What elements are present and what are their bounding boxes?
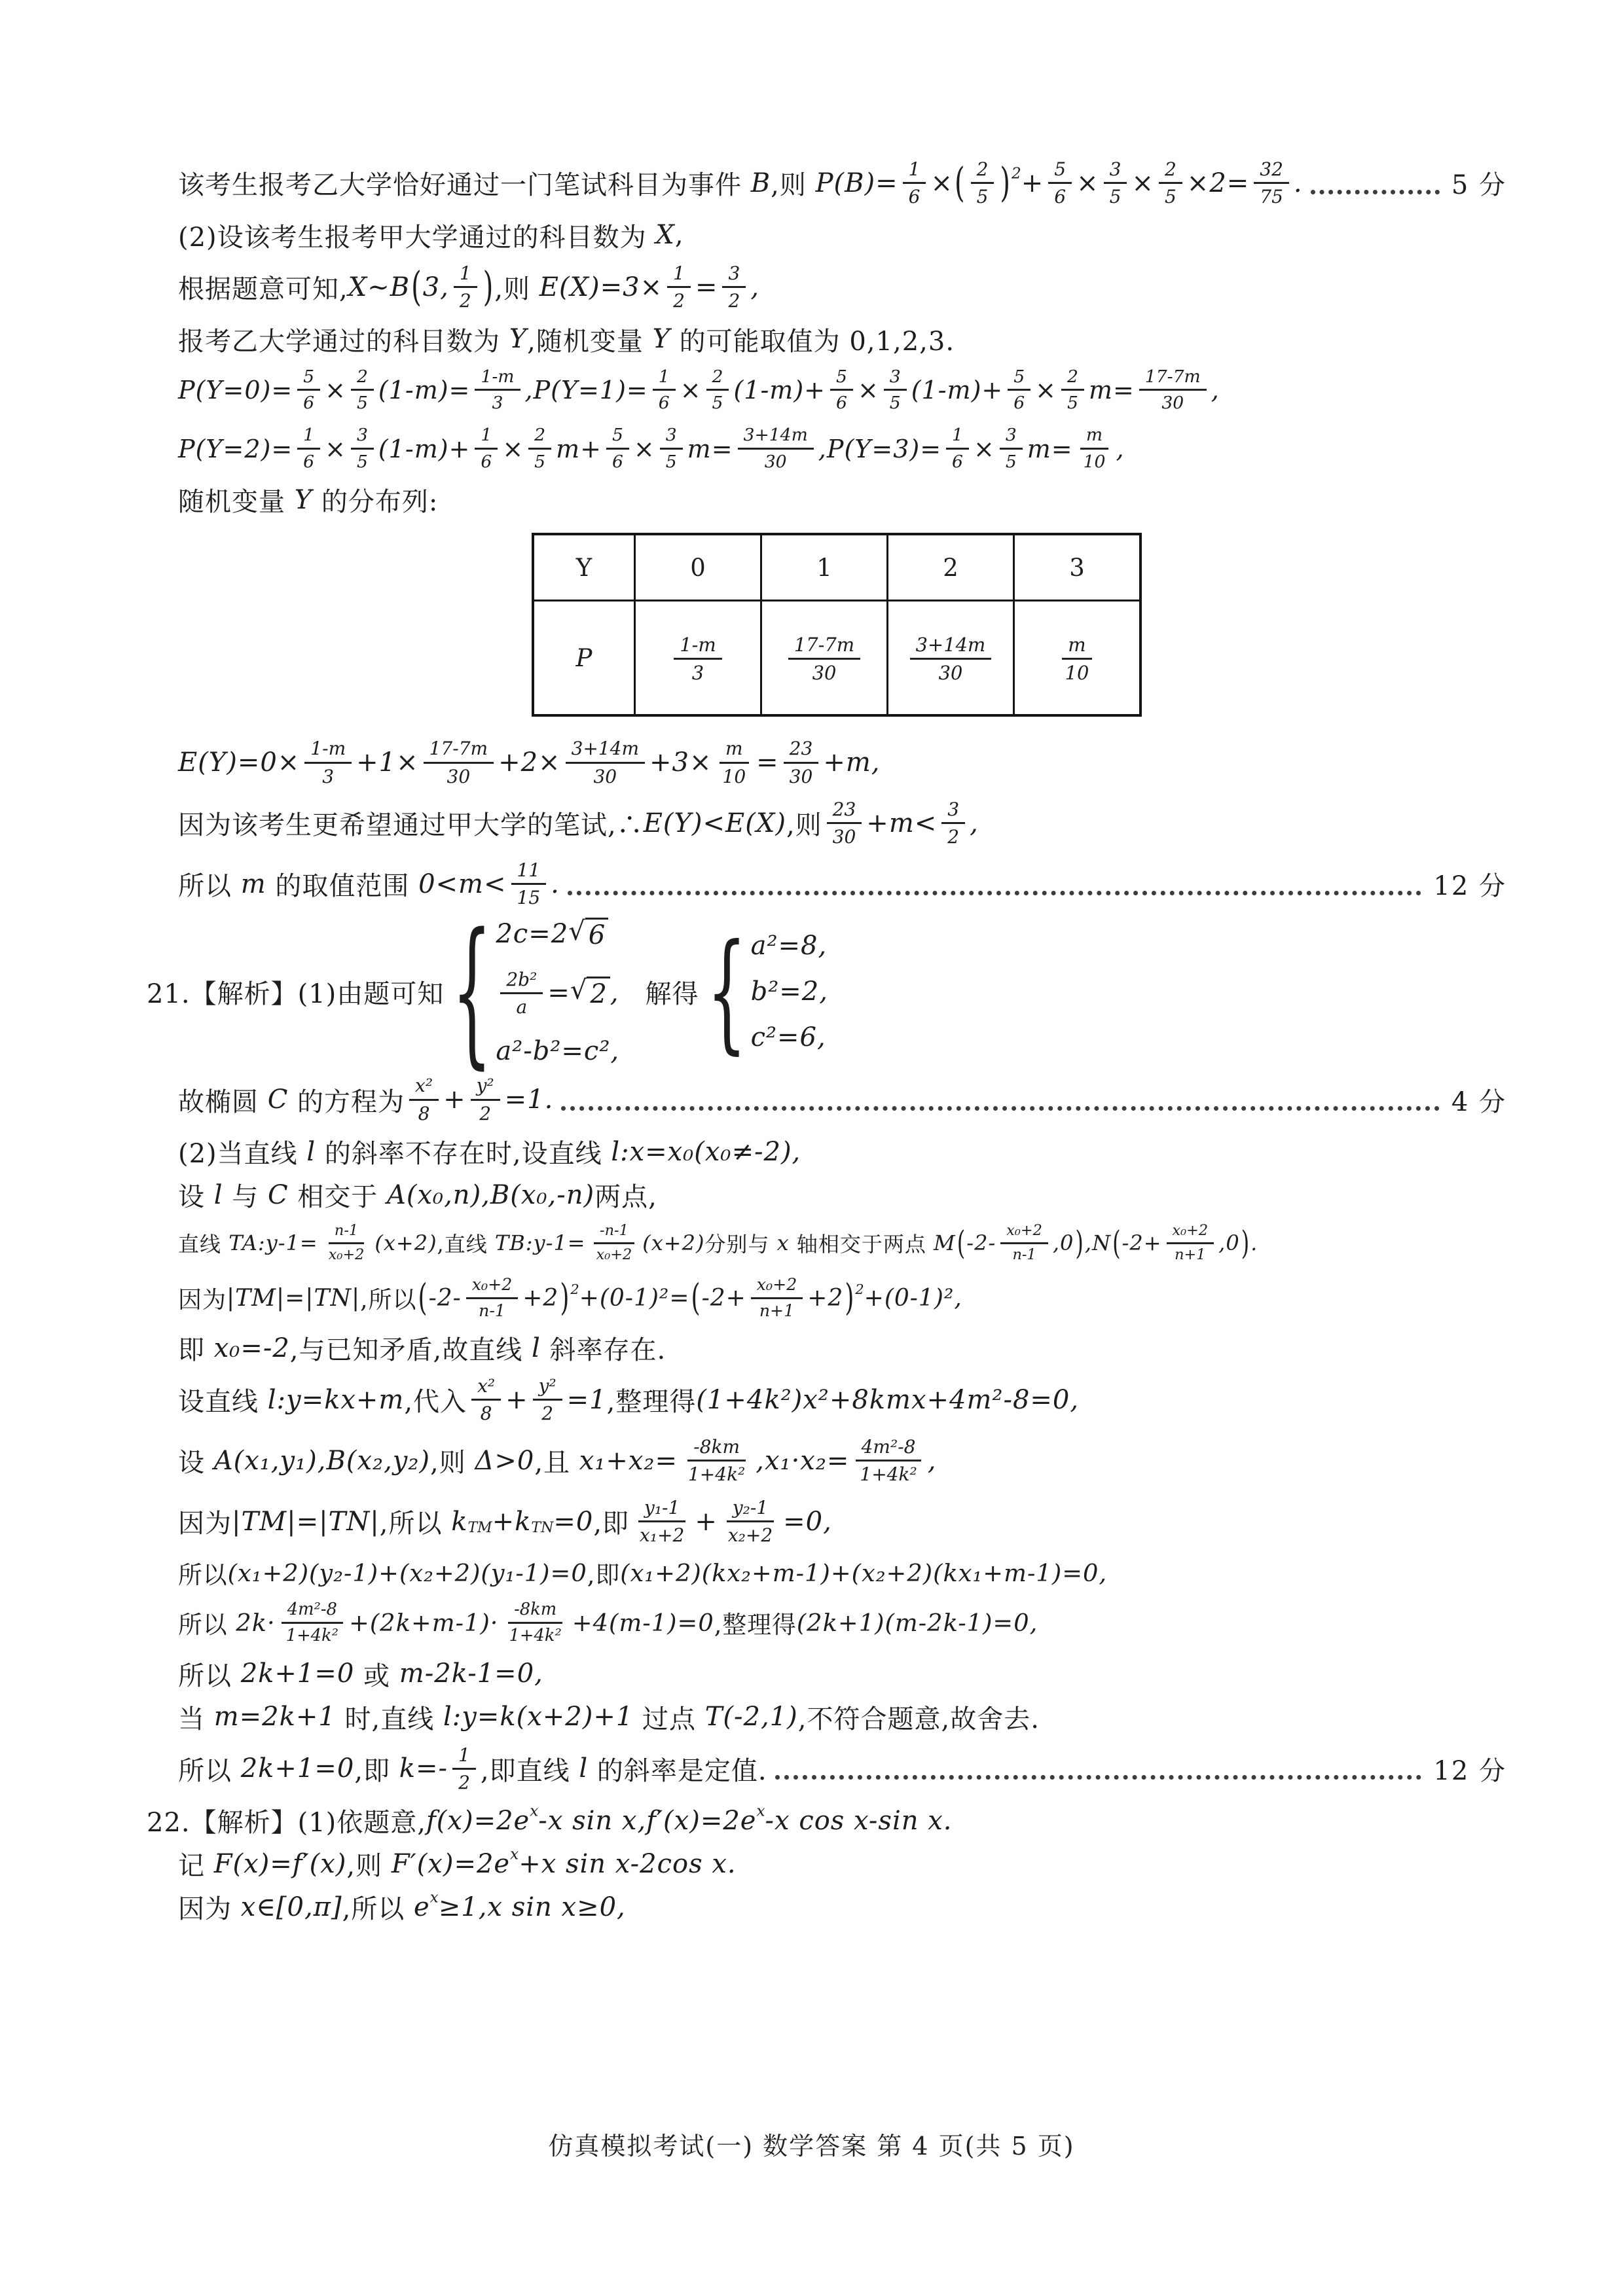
math-run: × [680,376,702,404]
text-run: 设 [178,1442,214,1479]
math-run: l [532,1333,541,1363]
math-run: 2k+1=0 [241,1753,355,1784]
text-run: 两点, [594,1176,657,1213]
fraction: 56 [1048,160,1072,207]
fraction-numerator: n-1 [329,1223,364,1244]
fraction: 25 [351,368,374,413]
fraction: 35 [884,368,907,413]
math-run: × [858,376,879,404]
fraction: 1115 [511,861,547,908]
math-run: +m< [866,808,937,838]
fraction-denominator: 1+4k² [854,1462,922,1484]
math-run: 2k+1=0 [241,1659,355,1689]
fraction-denominator: 10 [1059,660,1095,683]
table-cell: m10 [1014,601,1141,716]
fraction: 3+14m30 [910,635,992,683]
superscript: x [430,1889,439,1907]
math-run: Y [509,324,527,354]
math-run: -2+ [1122,1230,1162,1255]
fraction-denominator: 2 [454,288,477,310]
fraction: 3+14m30 [738,426,814,471]
math-run: (2k+1)(m-2k-1)=0, [797,1609,1038,1637]
table-cell: 1 [761,534,888,601]
fraction: 2330 [827,800,862,847]
fraction-denominator: 5 [528,450,551,471]
text-run: 报考乙大学通过的科目数为 [178,321,509,358]
text-run: 的分布列: [312,481,438,518]
fraction-numerator: 3 [884,368,907,391]
text-run: ,即直线 [481,1750,579,1787]
math-run: A(x₁,y₁),B(x₂,y₂) [214,1446,430,1476]
big-paren: ( [955,160,965,206]
text-run: 因为 [178,1503,232,1540]
fraction-numerator: m [720,739,749,763]
math-run: . [1250,1230,1258,1255]
math-run: , [1211,376,1220,404]
math-run: +(0-1)²= [579,1285,690,1312]
big-paren: ( [1112,1224,1120,1263]
fraction: 25 [1159,160,1182,207]
math-line: 记 F(x)=f′(x),则 F′(x)=2ex+x sin x-2cos x. [178,1845,1506,1882]
fraction: 3275 [1254,160,1289,207]
fraction-denominator: 5 [1159,184,1182,206]
dots-leader [568,873,1422,895]
math-run: +(0-1)², [864,1285,962,1312]
radical-sign-icon: √ [568,916,585,946]
big-paren: ) [1241,1224,1249,1263]
text-run: 过点 [633,1698,704,1736]
fraction-numerator: y² [533,1376,562,1401]
fraction: 25 [971,160,994,207]
fraction-numerator: 2 [971,160,994,184]
fraction-numerator: 5 [297,368,320,391]
fraction: x₀+2n+1 [751,1276,803,1319]
fraction-denominator: 5 [1104,184,1127,206]
math-run: 2k· [236,1609,275,1637]
math-line: 报考乙大学通过的科目数为 Y,随机变量 Y 的可能取值为 0,1,2,3. [178,321,1506,358]
text-run: 所以 [178,1556,228,1590]
fraction-numerator: 2b² [500,970,543,994]
distribution-table: Y0123P1-m317-7m303+14m30m10 [532,533,1142,717]
fraction-denominator: 10 [717,764,752,786]
math-run: Δ>0 [475,1446,534,1476]
fraction-denominator: 30 [933,660,969,683]
fraction-numerator: m [1062,635,1091,660]
fraction: 16 [297,426,320,471]
fraction-denominator: 2 [667,288,691,310]
fraction: 35 [1000,426,1023,471]
fraction-numerator: 23 [784,739,819,763]
text-run: 所以 [178,865,241,903]
fraction-denominator: n-1 [473,1299,511,1319]
fraction-numerator: x² [409,1076,439,1100]
math-run: +m, [823,747,880,778]
fraction-numerator: 3+14m [910,635,992,660]
fraction-numerator: 1-m [475,368,520,391]
math-line: 因为 x∈[0,π],所以 ex≥1,x sin x≥0, [178,1888,1506,1926]
fraction-denominator: 30 [441,764,477,786]
math-run: l [306,1137,316,1167]
math-line: E(Y)=0×1-m3+1×17-7m30+2×3+14m30+3×m10=23… [178,735,1506,790]
math-line: 该考生报考乙大学恰好通过一门笔试科目为事件 B,则 P(B)=16×(25)2+… [178,156,1506,211]
text-run: ,所以 [360,1282,416,1315]
fraction: 16 [653,368,676,413]
fraction-numerator: y₁-1 [638,1498,685,1522]
text-run: ,所以 [342,1888,414,1926]
fraction: 1-m3 [475,368,520,413]
math-line: 因为|TM|=|TN|,所以 kTM+kTN=0,即y₁-1x₁+2+y₂-1x… [178,1494,1506,1549]
fraction: 16 [903,160,926,207]
text-run: 故椭圆 [178,1081,268,1119]
math-run: 2c=2 [496,919,568,949]
fraction: 16 [946,426,969,471]
fraction-numerator: 3 [722,264,746,288]
text-run: ,则 [771,164,815,202]
text-run: ,所以 [380,1503,451,1540]
fraction: -8km1+4k² [503,1601,568,1645]
fraction-numerator: 2 [528,426,551,450]
fraction: 56 [606,426,629,471]
text-run: ,不符合题意,故舍去. [798,1698,1040,1736]
math-run: × [1131,168,1154,198]
math-run: +3× [649,747,712,778]
text-run: 斜率存在. [541,1329,666,1367]
fraction: 2b²a [500,970,543,1017]
fraction-numerator: 1 [946,426,969,450]
math-run: E(Y)<E(X) [644,808,786,838]
text-run: 所以 [178,1605,236,1640]
fraction: 12 [452,1746,476,1793]
superscript: x [510,1846,519,1863]
fraction-denominator: 2 [452,1770,476,1792]
math-run: , [1116,435,1124,463]
math-run: ,x₁·x₂= [756,1446,849,1476]
big-paren: ) [560,1277,569,1319]
math-run: |TM|=|TN| [232,1507,380,1537]
math-line: 即 x₀=-2,与已知矛盾,故直线 l 斜率存在. [178,1329,1506,1367]
text-run: 或 [354,1655,399,1693]
fraction-denominator: 6 [830,391,853,412]
sqrt-radical: √6 [568,918,608,950]
fraction-denominator: 30 [1156,391,1190,412]
fraction-numerator: 1 [454,264,477,288]
fraction: 25 [1061,368,1084,413]
math-run: k=- [399,1753,448,1784]
math-run: ,P(Y=3)= [818,435,941,463]
math-run: +2 [807,1285,843,1312]
math-run: x₀=-2 [214,1333,290,1363]
text-run: 的方程为 [288,1081,405,1119]
text-run: 设 [178,1176,214,1213]
page-footer-text: 仿真模拟考试(一) 数学答案 第 4 页(共 5 页) [548,2132,1074,2161]
fraction: 4m²-81+4k² [854,1437,922,1484]
math-line: 所以(x₁+2)(y₂-1)+(x₂+2)(y₁-1)=0,即(x₁+2)(kx… [178,1554,1506,1591]
fraction-denominator: 2 [722,288,746,310]
math-run: = [756,747,779,778]
fraction-numerator: 4m²-8 [856,1437,922,1462]
text-run: 的可能取值为 0,1,2,3. [670,321,955,358]
fraction-numerator: 3 [1000,426,1023,450]
big-paren: ( [691,1277,701,1319]
math-run: X [655,220,674,250]
text-run: ,则 [494,268,539,306]
math-line: 设 A(x₁,y₁),B(x₂,y₂),则 Δ>0,且 x₁+x₂=-8km1+… [178,1433,1506,1488]
dots-leader [561,1088,1440,1111]
fraction-denominator: 2 [473,1101,497,1123]
math-run: +1× [356,747,418,778]
fraction: 12 [667,264,691,311]
math-run: +4(m-1)=0 [572,1609,714,1637]
text-run: 轴相交于两点 [790,1228,934,1258]
math-run: (1-m)+ [911,376,1004,404]
fraction-numerator: 3 [660,426,683,450]
fraction-numerator: 32 [1254,160,1289,184]
text-run: ,则 [430,1442,475,1479]
fraction-denominator: 5 [351,450,374,471]
fraction-numerator: 1-m [304,739,352,763]
math-line: P(Y=0)=56×25(1-m)=1-m3,P(Y=1)=16×25(1-m)… [178,364,1506,417]
math-run: (1-m)= [378,376,471,404]
text-run: 因为 [178,1282,227,1315]
math-run: TB:y-1= [495,1230,586,1255]
cases-row: 2c=2√6 [496,918,608,950]
math-line: (2)设该考生报考甲大学通过的科目数为 X, [178,217,1506,254]
fraction-denominator: 6 [653,391,676,412]
fraction-denominator: 1+4k² [503,1624,568,1645]
math-run: (x+2) [374,1230,437,1255]
math-run: = [695,272,718,302]
fraction-numerator: y₂-1 [727,1498,774,1522]
math-run: m-2k-1=0, [399,1659,543,1689]
fraction-numerator: 3+14m [738,426,814,450]
text-run: ,随机变量 [527,321,652,358]
math-line: 所以 2k+1=0 或 m-2k-1=0, [178,1655,1506,1693]
math-run: c²=6, [751,1022,826,1052]
math-run: B [751,168,771,198]
fraction-numerator: 1 [653,368,676,391]
cases-group: {a²=8,b²=2,c²=6, [707,931,828,1052]
fraction-denominator: 3 [686,660,710,683]
table-cell: 2 [888,534,1014,601]
fraction-numerator: 4m²-8 [282,1601,343,1624]
table-row: Y0123 [533,534,1140,601]
text-run: ,则 [786,804,822,842]
big-paren: ) [1075,1224,1083,1263]
math-run: =1 [567,1385,607,1415]
fraction-denominator: 6 [946,450,969,471]
math-run: Y [653,324,670,354]
text-run: ,即 [354,1750,399,1787]
math-line: 所以 2k·4m²-81+4k²+(2k+m-1)·-8km1+4k²+4(m-… [178,1597,1506,1649]
text-run: ,即 [593,1503,629,1540]
fraction-numerator: 1 [667,264,691,288]
cases-row: 2b²a=√2, [496,966,619,1021]
math-run: (1+4k²)x²+8kmx+4m²-8=0, [696,1385,1079,1415]
fraction-denominator: 8 [475,1401,498,1423]
text-run: (2)当直线 [178,1133,306,1170]
fraction: -n-1x₀+2 [591,1223,638,1263]
table-cell: 17-7m30 [761,601,888,716]
text-run: 记 [178,1845,214,1882]
fraction-denominator: n+1 [754,1299,800,1319]
big-paren: ) [1000,160,1010,206]
text-run: 与 [223,1176,268,1213]
score-marker: 12 分 [1433,1750,1506,1787]
fraction-denominator: 3 [316,764,340,786]
fraction-denominator: a [510,994,533,1016]
math-run: × [502,435,524,463]
math-run: l:y=kx+m [268,1385,405,1415]
fraction-denominator: 75 [1254,184,1289,206]
table-cell: Y [533,534,635,601]
fraction-denominator: 6 [475,450,498,471]
fraction-numerator: 1-m [674,635,721,660]
fraction-numerator: x₀+2 [751,1276,803,1299]
text-run: 21.【解析】(1)由题可知 [147,973,444,1011]
radicand: 2 [587,977,610,1009]
math-run: + [443,1085,466,1115]
fraction-denominator: 5 [971,184,994,206]
dots-leader [1311,172,1440,194]
math-run: X~B [348,272,410,302]
big-paren: ( [418,1277,428,1319]
fraction-numerator: 1 [452,1746,476,1770]
superscript: x [530,1803,538,1820]
fraction-denominator: 5 [660,450,683,471]
math-line: (2)当直线 l 的斜率不存在时,设直线 l:x=x₀(x₀≠-2), [178,1133,1506,1170]
fraction: m10 [1059,635,1095,683]
math-run: 3, [423,272,449,302]
fraction-denominator: 3 [486,391,509,412]
cases-rows: a²=8,b²=2,c²=6, [751,931,828,1052]
fraction: y²2 [533,1376,562,1424]
math-run: -2+ [702,1285,746,1312]
math-run: m=2k+1 [214,1702,336,1732]
fraction-numerator: 1 [475,426,498,450]
fraction-numerator: x² [471,1376,501,1401]
math-run: , [750,272,759,302]
fraction-numerator: 3+14m [566,739,645,763]
big-paren: ) [483,264,494,310]
math-run: ,0 [1218,1230,1240,1255]
fraction-numerator: x₀+2 [466,1276,518,1299]
big-paren: ( [411,264,422,310]
text-run: 解得 [627,973,699,1011]
fraction-denominator: 5 [351,391,374,412]
fraction-denominator: 6 [606,450,629,471]
math-run: TA:y-1= [228,1230,318,1255]
text-run: 该考生报考乙大学恰好通过一门笔试科目为事件 [178,164,751,202]
superscript: x [756,1803,765,1820]
big-paren: ( [957,1224,965,1263]
superscript: 2 [855,1282,864,1297]
fraction-numerator: 1 [297,426,320,450]
sqrt-radical: √2 [570,977,610,1009]
math-run: F(x)=f′(x) [214,1849,347,1879]
fraction-numerator: 2 [706,368,729,391]
fraction-numerator: 17-7m [788,635,860,660]
fraction-numerator: 23 [827,800,862,824]
math-run: × [930,168,953,198]
math-run: b²=2, [751,977,828,1007]
math-run: F′(x)=2e [392,1849,510,1879]
fraction: 16 [475,426,498,471]
text-run: ,则 [346,1845,391,1882]
math-run: ×2= [1187,168,1249,198]
fraction-numerator: 5 [606,426,629,450]
text-run: 22.【解析】(1)依题意, [147,1802,426,1839]
fraction-denominator: 30 [827,824,862,846]
math-run: k [451,1507,467,1537]
fraction-denominator: 1+4k² [280,1624,344,1645]
math-run: × [1076,168,1099,198]
fraction: y₂-1x₂+2 [722,1498,778,1545]
text-run: ,即 [587,1556,621,1590]
fraction: 35 [660,426,683,471]
fraction-denominator: 6 [1008,391,1030,412]
text-run: 的斜率不存在时,设直线 [316,1133,611,1170]
fraction: 56 [1008,368,1030,413]
fraction-denominator: x₀+2 [591,1244,638,1263]
math-run: -x cos x-sin x. [765,1806,953,1836]
math-line: 因为该考生更希望通过甲大学的笔试,∴E(Y)<E(X),则2330+m<32, [178,796,1506,851]
math-run: |TM|=|TN| [227,1285,360,1312]
table-cell: 1-m3 [635,601,761,716]
math-run: a²-b²=c², [496,1036,619,1066]
fraction-numerator: 5 [1048,160,1072,184]
fraction: 1-m3 [674,635,721,683]
fraction-denominator: 30 [587,764,623,786]
math-run: E(X)=3× [539,272,663,302]
math-run: l:x=x₀(x₀≠-2), [611,1137,801,1167]
math-run: -2- [966,1230,996,1255]
math-run: -2- [429,1285,462,1312]
fraction-denominator: x₀+2 [323,1244,371,1263]
math-run: a²=8, [751,931,828,961]
fraction-denominator: n-1 [1006,1244,1042,1263]
math-run: , [970,808,979,838]
fraction-denominator: 1+4k² [682,1462,751,1484]
text-run: , [675,220,684,250]
fraction-numerator: 3 [941,800,965,824]
fraction: 3+14m30 [566,739,645,786]
math-run: m+ [556,435,602,463]
fraction-numerator: -n-1 [594,1223,634,1244]
fraction: 12 [454,264,477,311]
score-marker: 5 分 [1451,164,1506,202]
math-line: 所以 2k+1=0,即 k=-12,即直线 l 的斜率是定值.12 分 [178,1742,1506,1797]
fraction-numerator: 2 [1159,160,1182,184]
cases-row: a²=8, [751,931,828,961]
fraction-numerator: 1 [903,160,926,184]
math-run: =1. [505,1085,554,1115]
math-run: × [325,435,346,463]
text-run: 因为 [178,1888,241,1926]
fraction: x₀+2n-1 [1000,1223,1048,1263]
math-line: 因为|TM|=|TN|,所以(-2-x₀+2n-1+2)2+(0-1)²=(-2… [178,1272,1506,1323]
math-line: 所以 m 的取值范围 0<m<1115.12 分 [178,857,1506,912]
left-brace-icon: { [452,913,492,1071]
answer-content: 该考生报考乙大学恰好通过一门笔试科目为事件 B,则 P(B)=16×(25)2+… [178,156,1506,1931]
dots-leader [775,1757,1422,1780]
math-run: × [325,376,346,404]
math-run: l:y=k(x+2)+1 [443,1702,633,1732]
subscript: TM [467,1520,492,1536]
fraction-numerator: 5 [830,368,853,391]
math-run: M [934,1230,956,1255]
math-run: =0 [553,1507,593,1537]
fraction-numerator: 2 [351,368,374,391]
